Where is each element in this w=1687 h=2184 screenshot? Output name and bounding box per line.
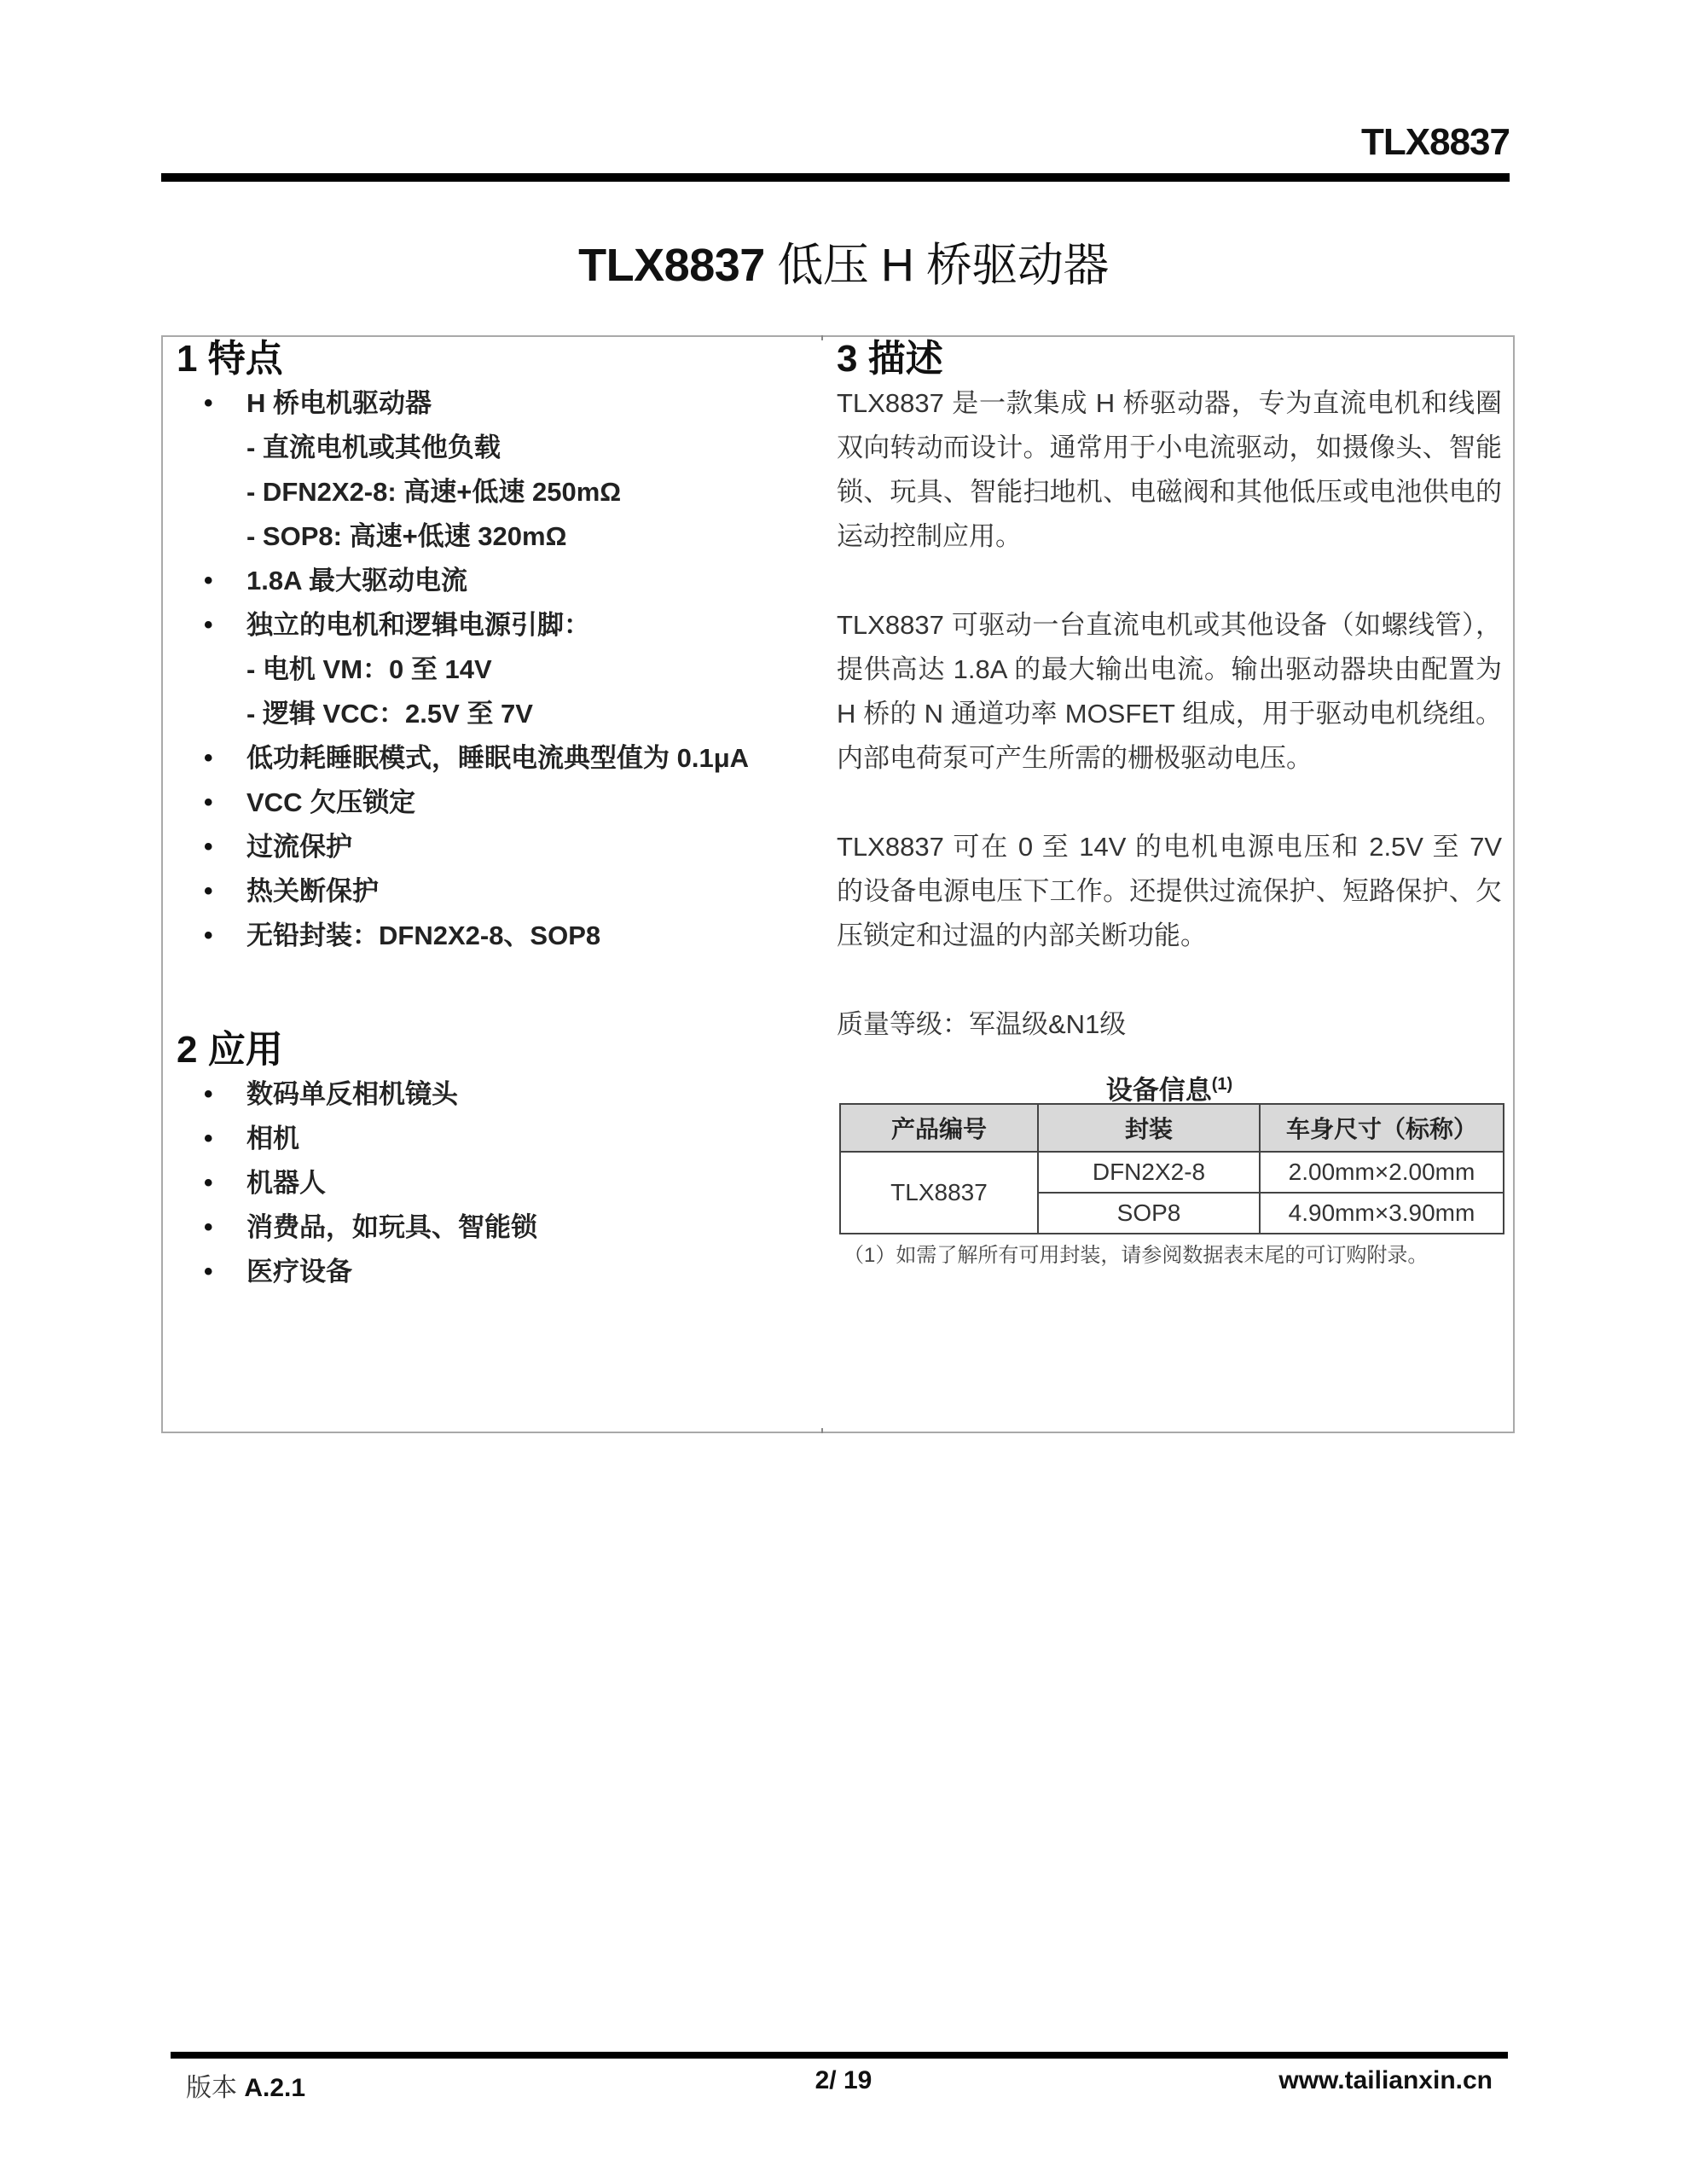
- device-info-table: 产品编号 封装 车身尺寸（标称） TLX8837 DFN2X2-8 2.00mm…: [839, 1103, 1504, 1234]
- list-item: •相机: [177, 1117, 808, 1161]
- list-item: •医疗设备: [177, 1250, 808, 1294]
- applications-list: •数码单反相机镜头 •相机 •机器人 •消费品，如玩具、智能锁 •医疗设备: [177, 1072, 808, 1294]
- quality-grade: 质量等级：军温级&N1级: [837, 1002, 1502, 1047]
- applications-heading: 2 应用: [177, 1028, 808, 1072]
- list-item: •低功耗睡眠模式，睡眠电流典型值为 0.1μA: [177, 736, 808, 781]
- list-subitem: - 直流电机或其他负载: [177, 426, 808, 470]
- list-item: •热关断保护: [177, 869, 808, 914]
- header-rule: [161, 173, 1510, 182]
- footer-rule: [171, 2052, 1508, 2059]
- column-divider-tick: [821, 335, 823, 340]
- device-info-title: 设备信息(1): [837, 1066, 1502, 1103]
- features-list: •H 桥电机驱动器 - 直流电机或其他负载 - DFN2X2-8: 高速+低速 …: [177, 381, 808, 958]
- bullet-icon: •: [204, 381, 213, 426]
- list-item: •独立的电机和逻辑电源引脚：: [177, 603, 808, 648]
- list-subitem: - SOP8: 高速+低速 320mΩ: [177, 514, 808, 559]
- table-footnote: （1）如需了解所有可用封装，请参阅数据表末尾的可订购附录。: [837, 1238, 1502, 1268]
- bullet-icon: •: [204, 914, 213, 958]
- right-column: 3 描述 TLX8837 是一款集成 H 桥驱动器，专为直流电机和线圈双向转动而…: [837, 337, 1502, 1268]
- column-header: 产品编号: [840, 1104, 1038, 1152]
- bullet-icon: •: [204, 1117, 213, 1161]
- package-cell: DFN2X2-8: [1038, 1152, 1260, 1193]
- list-item: •VCC 欠压锁定: [177, 781, 808, 825]
- description-paragraph: TLX8837 可驱动一台直流电机或其他设备（如螺线管），提供高达 1.8A 的…: [837, 603, 1502, 781]
- header-part-number: TLX8837: [1361, 121, 1510, 164]
- column-header: 封装: [1038, 1104, 1260, 1152]
- description-paragraph: TLX8837 可在 0 至 14V 的电机电源电压和 2.5V 至 7V 的设…: [837, 825, 1502, 958]
- bullet-icon: •: [204, 781, 213, 825]
- bullet-icon: •: [204, 1205, 213, 1250]
- bullet-icon: •: [204, 603, 213, 648]
- list-item: •无铅封装：DFN2X2-8、SOP8: [177, 914, 808, 958]
- title-part: TLX8837: [578, 240, 765, 291]
- package-cell: SOP8: [1038, 1193, 1260, 1234]
- bullet-icon: •: [204, 1250, 213, 1294]
- title-text: 低压 H 桥驱动器: [777, 240, 1109, 291]
- list-item: •过流保护: [177, 825, 808, 869]
- list-item: •数码单反相机镜头: [177, 1072, 808, 1117]
- list-item: •1.8A 最大驱动电流: [177, 559, 808, 603]
- list-subitem: - 电机 VM：0 至 14V: [177, 648, 808, 692]
- description-paragraph: TLX8837 是一款集成 H 桥驱动器，专为直流电机和线圈双向转动而设计。通常…: [837, 381, 1502, 559]
- summary-box: 1 特点 •H 桥电机驱动器 - 直流电机或其他负载 - DFN2X2-8: 高…: [161, 335, 1515, 1433]
- size-cell: 2.00mm×2.00mm: [1260, 1152, 1504, 1193]
- column-divider-tick: [821, 1428, 823, 1433]
- bullet-icon: •: [204, 1072, 213, 1117]
- bullet-icon: •: [204, 736, 213, 781]
- part-number-cell: TLX8837: [840, 1152, 1038, 1234]
- bullet-icon: •: [204, 869, 213, 914]
- features-heading: 1 特点: [177, 337, 808, 381]
- table-row: TLX8837 DFN2X2-8 2.00mm×2.00mm: [840, 1152, 1504, 1193]
- list-item: •H 桥电机驱动器: [177, 381, 808, 426]
- bullet-icon: •: [204, 1161, 213, 1205]
- list-item: •机器人: [177, 1161, 808, 1205]
- list-subitem: - DFN2X2-8: 高速+低速 250mΩ: [177, 470, 808, 514]
- list-subitem: - 逻辑 VCC：2.5V 至 7V: [177, 692, 808, 736]
- page-title: TLX8837 低压 H 桥驱动器: [0, 229, 1687, 294]
- size-cell: 4.90mm×3.90mm: [1260, 1193, 1504, 1234]
- bullet-icon: •: [204, 825, 213, 869]
- column-header: 车身尺寸（标称）: [1260, 1104, 1504, 1152]
- table-header-row: 产品编号 封装 车身尺寸（标称）: [840, 1104, 1504, 1152]
- left-column: 1 特点 •H 桥电机驱动器 - 直流电机或其他负载 - DFN2X2-8: 高…: [177, 337, 808, 1294]
- website-link[interactable]: www.tailianxin.cn: [1278, 2066, 1493, 2095]
- bullet-icon: •: [204, 559, 213, 603]
- list-item: •消费品，如玩具、智能锁: [177, 1205, 808, 1250]
- description-heading: 3 描述: [837, 337, 1502, 381]
